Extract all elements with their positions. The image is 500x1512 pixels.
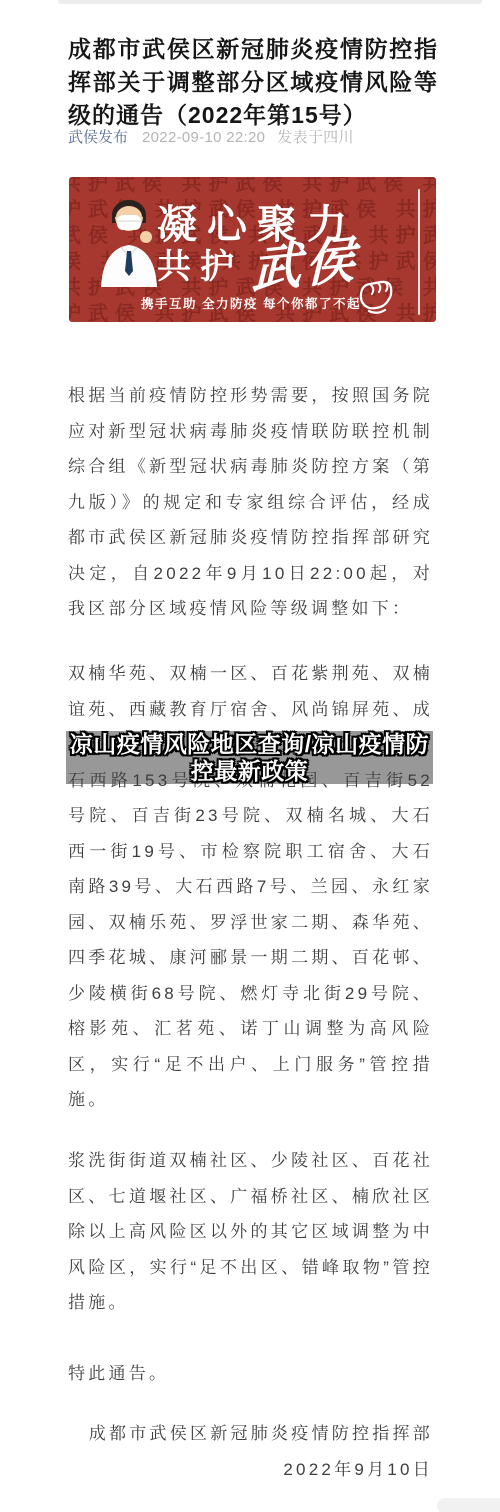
banner-subheadline: 共护 — [157, 239, 243, 288]
paragraph-intro: 根据当前疫情防控形势需要，按照国务院应对新型冠状病毒肺炎疫情联防联控机制综合组《… — [68, 378, 433, 627]
publish-datetime: 2022-09-10 22:20 — [142, 129, 265, 146]
banner-tagline: 携手互助 全力防疫 每个你都了不起 — [141, 294, 351, 312]
fist-icon — [353, 271, 401, 321]
signature-block: 成都市武侯区新冠肺炎疫情防控指挥部 2022年9月10日 — [68, 1416, 433, 1487]
doctor-illustration — [95, 191, 161, 289]
banner-image[interactable]: 共护武侯 共护武侯 共护武侯 共护武侯 共护武侯 共护武侯 共护武侯 共护武侯 … — [69, 177, 436, 322]
top-cutoff-strip — [58, 0, 482, 4]
paragraph-medium-risk: 浆洗街街道双楠社区、少陵社区、百花社区、七道堰社区、广福桥社区、楠欣社区除以上高… — [68, 1143, 433, 1321]
paragraph-high-risk-list: 双楠华苑、双楠一区、百花紫荆苑、双楠谊苑、西藏教育厅宿舍、风尚锦屏苑、成都A区、… — [68, 656, 433, 1118]
signature-org: 成都市武侯区新冠肺炎疫情防控指挥部 — [68, 1416, 433, 1452]
signature-date: 2022年9月10日 — [68, 1452, 433, 1488]
watermark-text: 凉山疫情风险地区查询/凉山疫情防控最新政策 — [66, 731, 433, 784]
article-title: 成都市武侯区新冠肺炎疫情防控指挥部关于调整部分区域疫情风险等级的通告（2022年… — [68, 33, 438, 132]
corner-cutoff-element — [437, 1498, 500, 1512]
banner-calligraphy-text: 武侯 — [251, 219, 358, 303]
watermark-overlay: 凉山疫情风险地区查询/凉山疫情防控最新政策 — [66, 731, 433, 784]
banner-divider-line — [418, 189, 420, 315]
article-page: { "article": { "title": "成都市武侯区新冠肺炎疫情防控指… — [0, 0, 500, 1512]
article-meta: 武侯发布2022-09-10 22:20发表于四川 — [68, 126, 448, 147]
publish-location: 发表于四川 — [277, 129, 354, 146]
account-name-link[interactable]: 武侯发布 — [68, 129, 128, 146]
paragraph-notice-close: 特此通告。 — [68, 1356, 433, 1392]
